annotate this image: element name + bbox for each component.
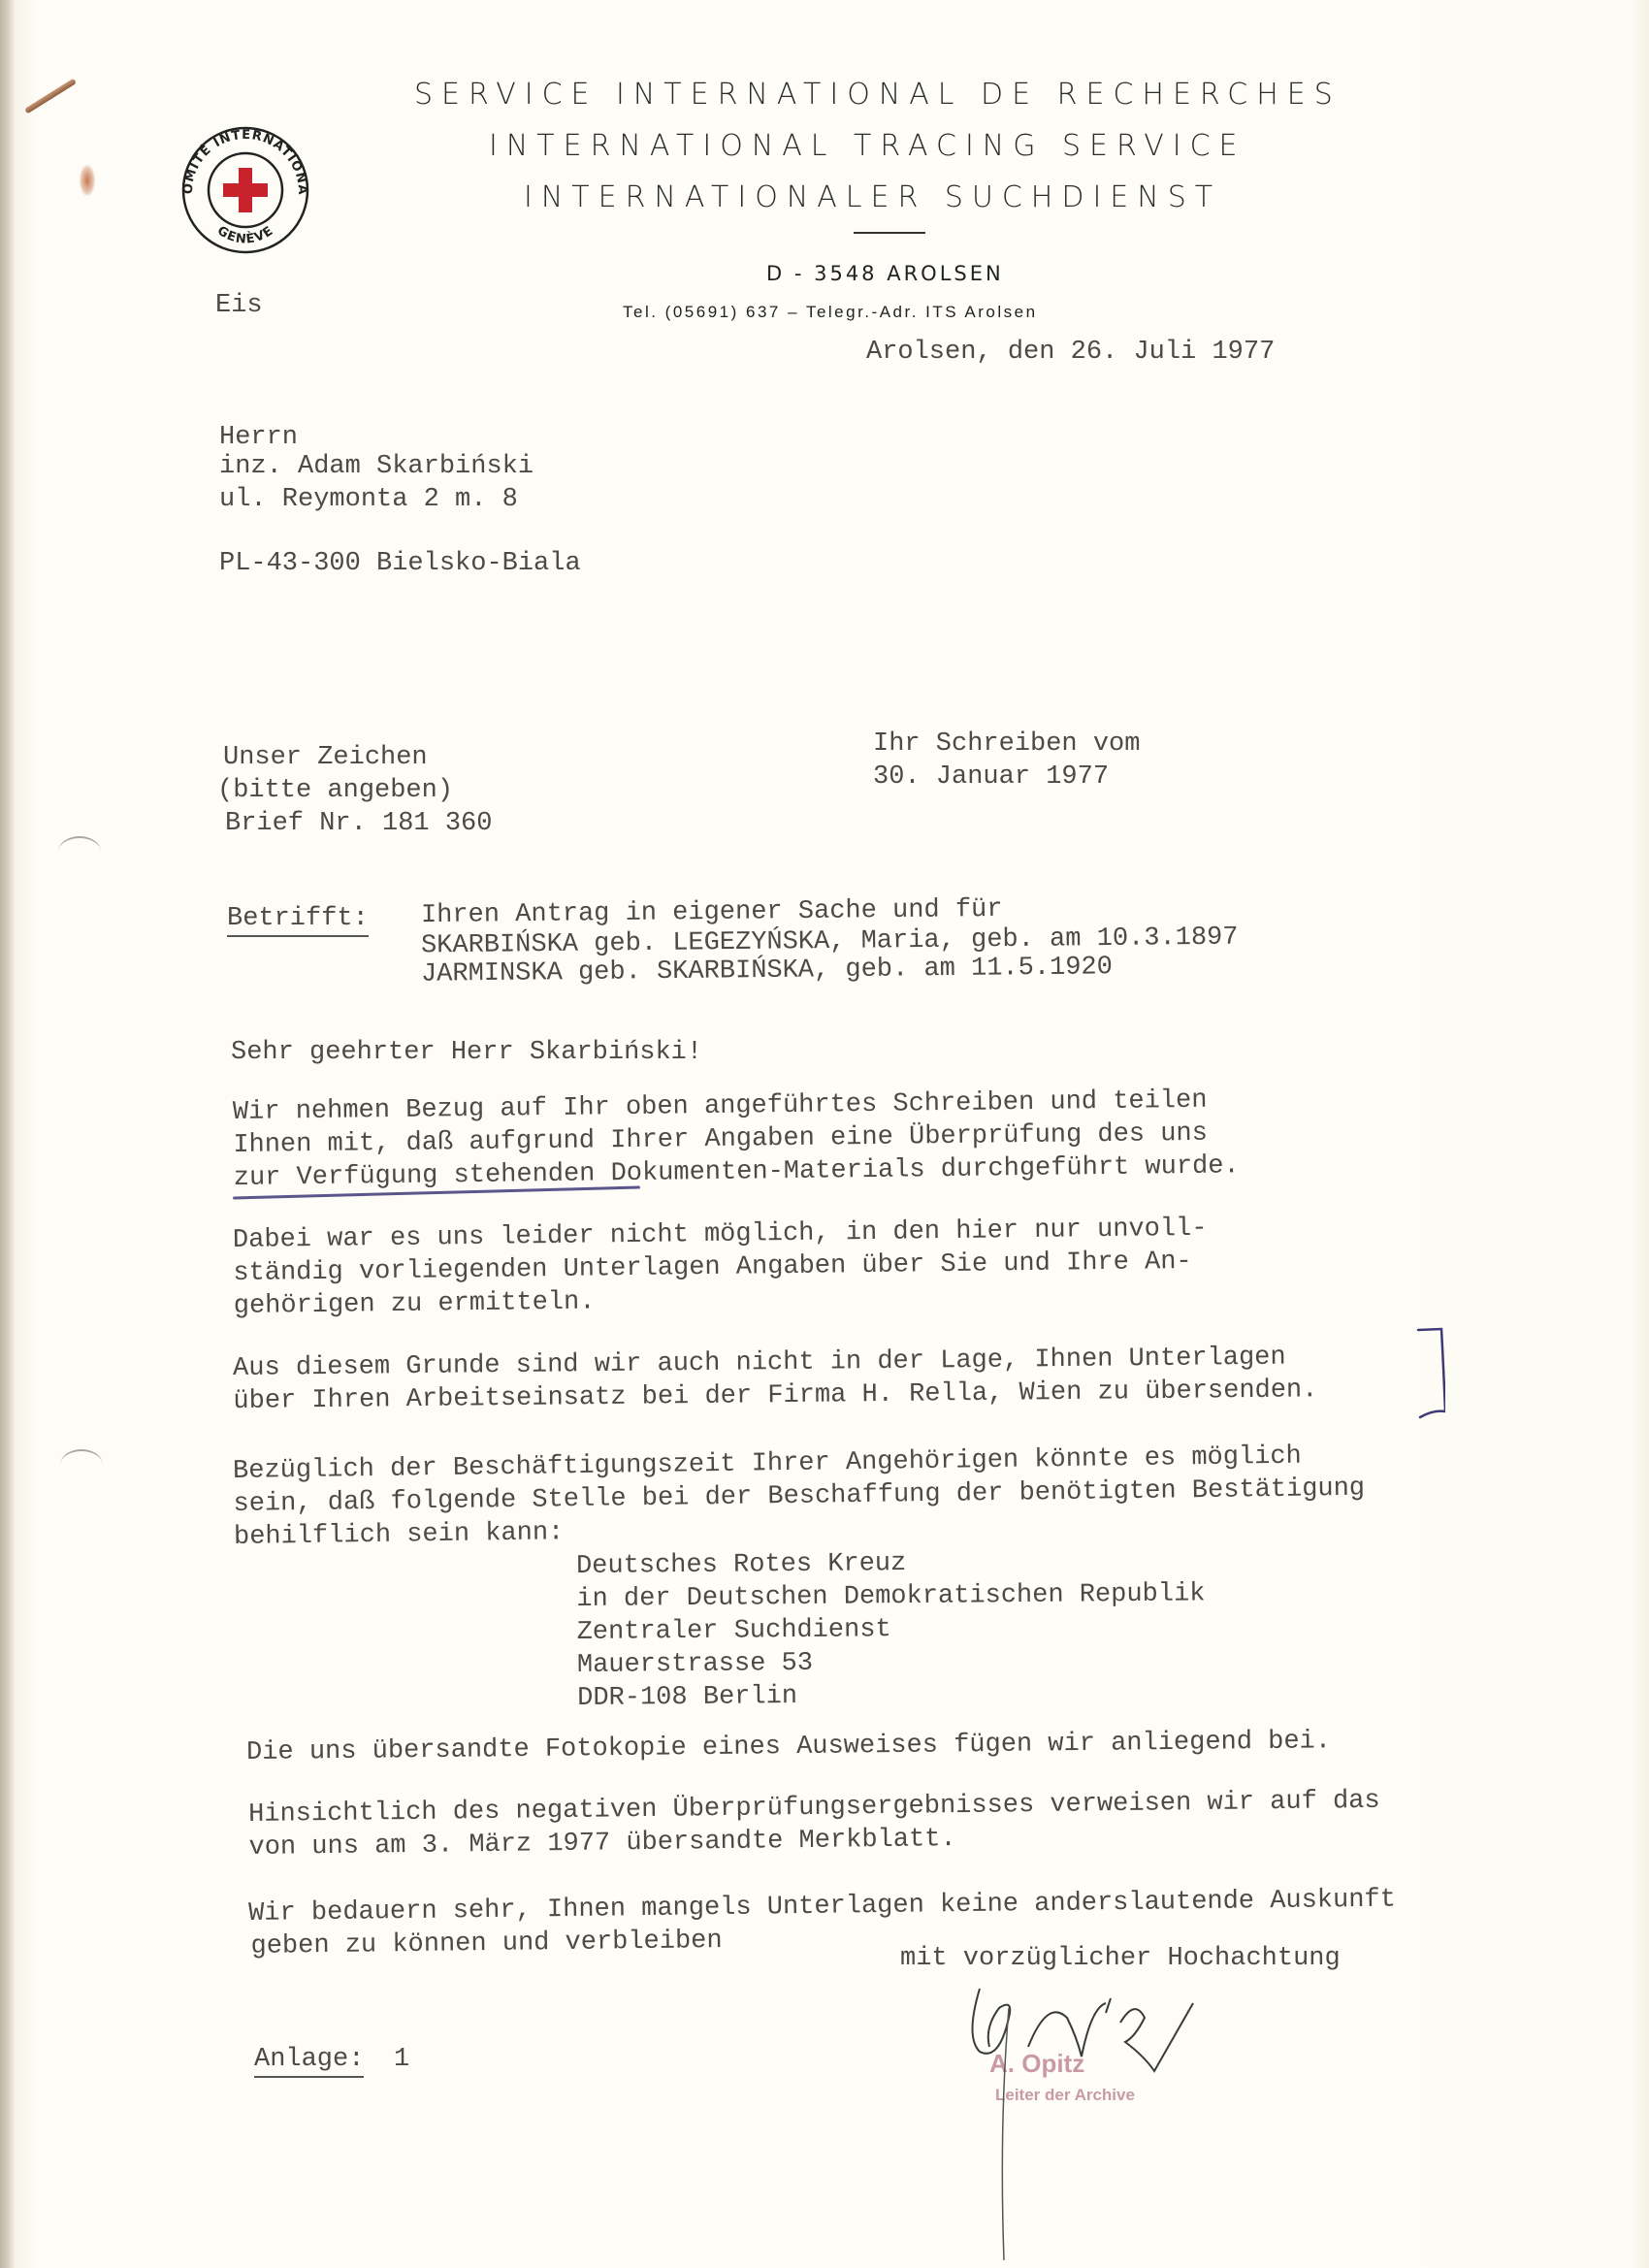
body-line: Wir bedauern sehr, Ihnen mangels Unterla… (248, 1886, 1396, 1928)
greeting: Sehr geehrter Herr Skarbiński! (231, 1038, 702, 1067)
subject-label: Betrifft: (227, 904, 369, 937)
our-reference-note: (bitte angeben) (217, 776, 453, 805)
handwritten-signature (960, 1979, 1309, 2268)
address-line: Deutsches Rotes Kreuz (576, 1549, 907, 1581)
enclosure-label: Anlage: (254, 2045, 364, 2078)
valediction: mit vorzüglicher Hochachtung (900, 1944, 1341, 1973)
body-line: geben zu können und verbleiben (250, 1927, 722, 1961)
staple (24, 79, 77, 114)
letter-page: COMITÉ INTERNATIONAL GENÈVE SERVICE INTE… (0, 0, 1649, 2268)
closing-paragraph: Hinsichtlich des negativen Überprüfungse… (0, 0, 1627, 3)
body-paragraph: Aus diesem Grunde sind wir auch nicht in… (0, 0, 1634, 3)
address-line: Mauerstrasse 53 (577, 1649, 813, 1680)
subject-line: Ihren Antrag in eigener Sache und für (421, 895, 1003, 930)
body-paragraph: Bezüglich der Beschäftigungszeit Ihrer A… (0, 0, 1629, 3)
body-line: ständig vorliegenden Unterlagen Angaben … (233, 1247, 1192, 1288)
letter-date: Arolsen, den 26. Juli 1977 (866, 338, 1275, 367)
recipient-name: inz. Adam Skarbiński (219, 452, 533, 481)
enclosure-count: 1 (394, 2045, 409, 2074)
recipient-street: ul. Reymonta 2 m. 8 (219, 485, 518, 514)
address-line: in der Deutschen Demokratischen Republik (576, 1579, 1205, 1614)
our-reference-label: Unser Zeichen (223, 743, 428, 772)
letterhead-divider (854, 232, 925, 234)
body-line: von uns am 3. März 1977 übersandte Merkb… (248, 1825, 955, 1863)
subject-line: JARMINSKA geb. SKARBIŃSKA, geb. am 11.5.… (421, 953, 1113, 988)
your-letter-label: Ihr Schreiben vom (873, 729, 1140, 759)
body-paragraph: Dabei war es uns leider nicht möglich, i… (0, 0, 1633, 3)
page-edge-shadow (1630, 0, 1649, 2268)
letterhead-english: INTERNATIONAL TRACING SERVICE (489, 129, 1246, 163)
recipient-city: PL-43-300 Bielsko-Biala (219, 549, 581, 578)
letterhead-french: SERVICE INTERNATIONAL DE RECHERCHES (414, 78, 1342, 112)
letterhead-city: D - 3548 AROLSEN (766, 262, 1004, 285)
letterhead-contact: Tel. (05691) 637 – Telegr.-Adr. ITS Arol… (623, 303, 1038, 322)
letterhead-german: INTERNATIONALER SUCHDIENST (524, 180, 1221, 214)
closing-paragraph: Die uns übersandte Fotokopie eines Auswe… (0, 0, 1631, 3)
body-line: Hinsichtlich des negativen Überprüfungse… (248, 1787, 1380, 1830)
address-line: Zentraler Suchdienst (577, 1615, 891, 1647)
drk-address-block: Deutsches Rotes Kreuz in der Deutschen D… (0, 0, 1635, 5)
closing-paragraph: Wir bedauern sehr, Ihnen mangels Unterla… (0, 0, 1626, 3)
recipient-salutation-line: Herrn (219, 423, 298, 452)
icrc-logo: COMITÉ INTERNATIONAL GENÈVE (163, 122, 328, 258)
red-cross-icon (223, 168, 268, 212)
body-line: gehörigen zu ermitteln. (234, 1287, 596, 1321)
address-line: DDR-108 Berlin (577, 1682, 797, 1713)
your-letter-date: 30. Januar 1977 (873, 762, 1109, 792)
body-line: behilflich sein kann: (234, 1518, 565, 1552)
punch-hole (58, 836, 101, 867)
body-line: über Ihren Arbeitseinsatz bei der Firma … (233, 1376, 1317, 1416)
our-reference-value: Brief Nr. 181 360 (225, 809, 492, 838)
reference-code: Eis (215, 291, 263, 320)
rust-stain (80, 165, 95, 196)
body-paragraph: Wir nehmen Bezug auf Ihr oben angeführte… (0, 0, 1635, 3)
punch-hole (60, 1449, 103, 1480)
pen-bracket-mark (1416, 1326, 1445, 1423)
body-line: Die uns übersandte Fotokopie eines Auswe… (246, 1727, 1331, 1767)
